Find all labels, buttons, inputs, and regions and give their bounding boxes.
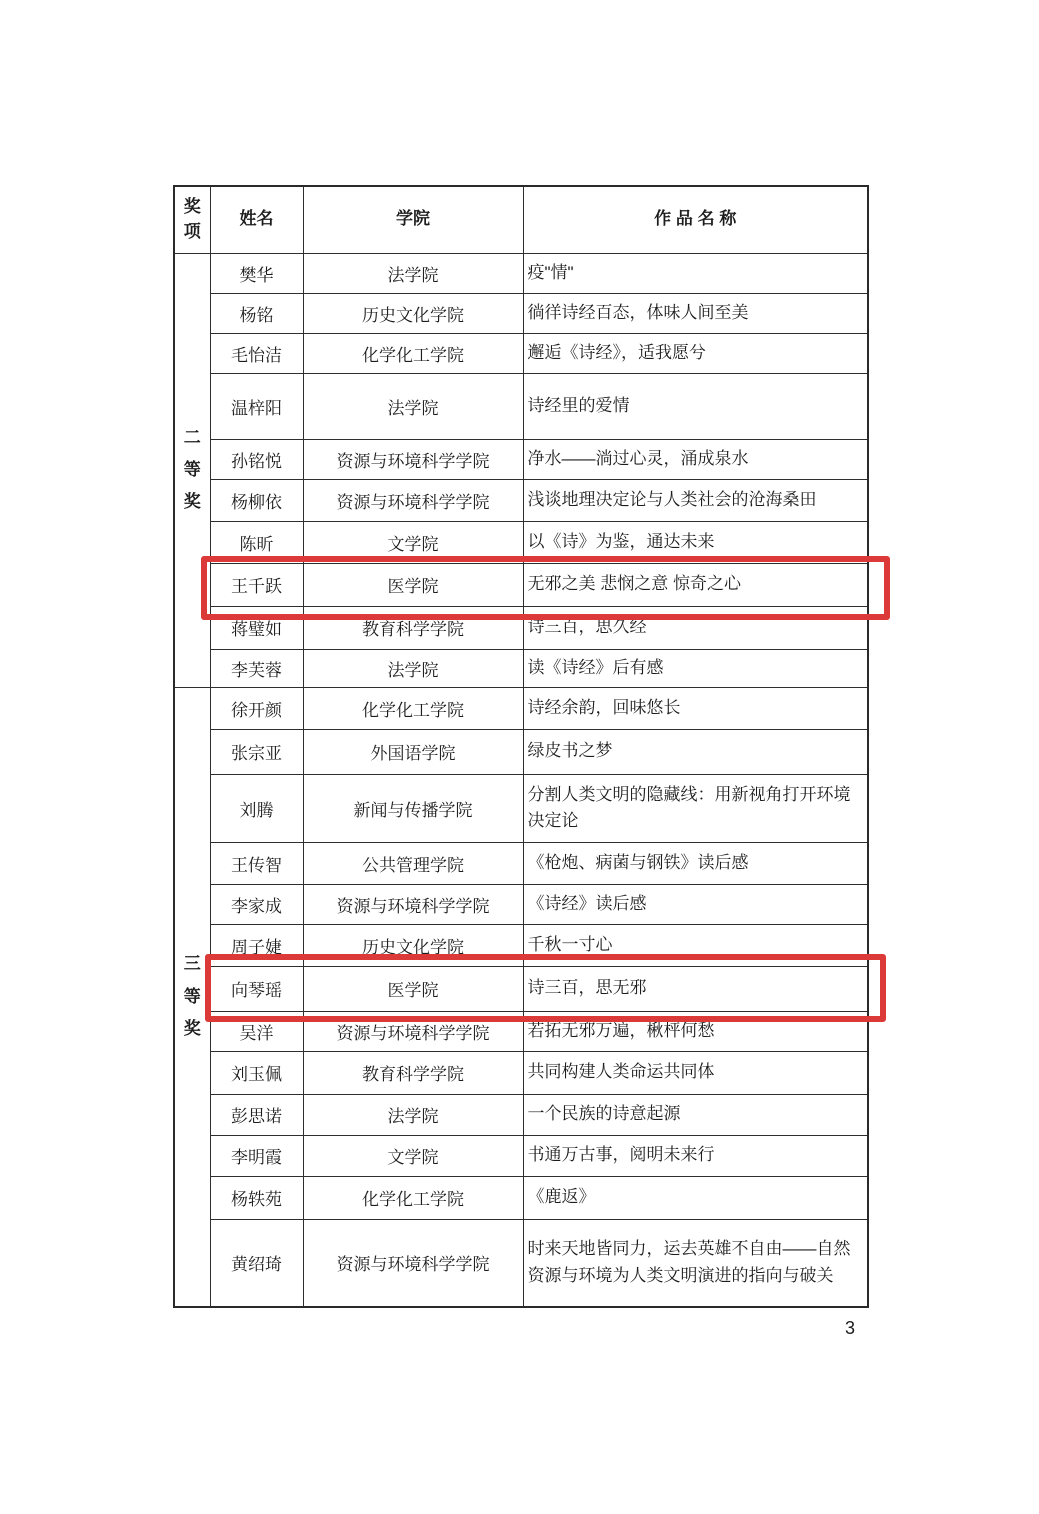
table-row: 李芙蓉 法学院 读《诗经》后有感 bbox=[174, 649, 868, 687]
award-section-label: 二等奖 bbox=[174, 253, 210, 687]
cell-college: 法学院 bbox=[303, 253, 523, 293]
cell-work: 共同构建人类命运共同体 bbox=[523, 1051, 868, 1094]
cell-name: 周子婕 bbox=[210, 924, 303, 966]
cell-work: 邂逅《诗经》，适我愿兮 bbox=[523, 333, 868, 373]
cell-work: 净水——淌过心灵，涌成泉水 bbox=[523, 439, 868, 479]
cell-work: 浅谈地理决定论与人类社会的沧海桑田 bbox=[523, 479, 868, 521]
table-row: 王传智 公共管理学院 《枪炮、病菌与钢铁》读后感 bbox=[174, 842, 868, 884]
cell-name: 彭思诺 bbox=[210, 1094, 303, 1135]
table-row: 陈昕 文学院 以《诗》为鉴，通达未来 bbox=[174, 521, 868, 563]
cell-college: 资源与环境科学学院 bbox=[303, 884, 523, 924]
cell-name: 李明霞 bbox=[210, 1135, 303, 1176]
table-row: 刘腾 新闻与传播学院 分割人类文明的隐藏线：用新视角打开环境决定论 bbox=[174, 774, 868, 842]
column-header-award: 奖项 bbox=[174, 186, 210, 253]
table-header-row: 奖项 姓名 学院 作 品 名 称 bbox=[174, 186, 868, 253]
cell-name: 杨柳依 bbox=[210, 479, 303, 521]
table-row-highlighted: 向琴瑶 医学院 诗三百，思无邪 bbox=[174, 966, 868, 1011]
cell-name: 蒋璧如 bbox=[210, 606, 303, 649]
cell-college: 外国语学院 bbox=[303, 729, 523, 774]
cell-work: 分割人类文明的隐藏线：用新视角打开环境决定论 bbox=[523, 774, 868, 842]
cell-college: 化学化工学院 bbox=[303, 333, 523, 373]
cell-name: 樊华 bbox=[210, 253, 303, 293]
cell-work: 一个民族的诗意起源 bbox=[523, 1094, 868, 1135]
cell-work: 《枪炮、病菌与钢铁》读后感 bbox=[523, 842, 868, 884]
cell-work: 诗三百，思久经 bbox=[523, 606, 868, 649]
cell-work: 无邪之美 悲悯之意 惊奇之心 bbox=[523, 563, 868, 606]
cell-name: 杨铭 bbox=[210, 293, 303, 333]
cell-work: 若拓无邪万遍，楸枰何愁 bbox=[523, 1011, 868, 1051]
cell-college: 化学化工学院 bbox=[303, 1176, 523, 1219]
cell-work: 徜徉诗经百态，体味人间至美 bbox=[523, 293, 868, 333]
table-row: 彭思诺 法学院 一个民族的诗意起源 bbox=[174, 1094, 868, 1135]
cell-work: 以《诗》为鉴，通达未来 bbox=[523, 521, 868, 563]
cell-name: 毛怡洁 bbox=[210, 333, 303, 373]
cell-name: 刘玉佩 bbox=[210, 1051, 303, 1094]
award-section-label: 三等奖 bbox=[174, 687, 210, 1307]
cell-college: 新闻与传播学院 bbox=[303, 774, 523, 842]
table-row: 温梓阳 法学院 诗经里的爱情 bbox=[174, 373, 868, 439]
table-row: 李家成 资源与环境科学学院 《诗经》读后感 bbox=[174, 884, 868, 924]
cell-work: 千秋一寸心 bbox=[523, 924, 868, 966]
cell-work: 诗经余韵，回味悠长 bbox=[523, 687, 868, 729]
table-row: 杨轶苑 化学化工学院 《鹿返》 bbox=[174, 1176, 868, 1219]
cell-name: 吴洋 bbox=[210, 1011, 303, 1051]
awards-table: 奖项 姓名 学院 作 品 名 称 二等奖 樊华 法学院 疫"情" 杨铭 历史文化… bbox=[173, 185, 869, 1308]
cell-work: 疫"情" bbox=[523, 253, 868, 293]
table-row: 黄绍琦 资源与环境科学学院 时来天地皆同力，运去英雄不自由——自然资源与环境为人… bbox=[174, 1219, 868, 1307]
cell-work: 读《诗经》后有感 bbox=[523, 649, 868, 687]
page-number: 3 bbox=[845, 1318, 855, 1339]
cell-college: 医学院 bbox=[303, 563, 523, 606]
cell-name: 杨轶苑 bbox=[210, 1176, 303, 1219]
cell-name: 李家成 bbox=[210, 884, 303, 924]
cell-name: 王千跃 bbox=[210, 563, 303, 606]
cell-name: 向琴瑶 bbox=[210, 966, 303, 1011]
table-row: 孙铭悦 资源与环境科学学院 净水——淌过心灵，涌成泉水 bbox=[174, 439, 868, 479]
table-row-highlighted: 王千跃 医学院 无邪之美 悲悯之意 惊奇之心 bbox=[174, 563, 868, 606]
cell-work: 时来天地皆同力，运去英雄不自由——自然资源与环境为人类文明演进的指向与破关 bbox=[523, 1219, 868, 1307]
table-row: 周子婕 历史文化学院 千秋一寸心 bbox=[174, 924, 868, 966]
cell-college: 公共管理学院 bbox=[303, 842, 523, 884]
cell-name: 张宗亚 bbox=[210, 729, 303, 774]
table-row: 毛怡洁 化学化工学院 邂逅《诗经》，适我愿兮 bbox=[174, 333, 868, 373]
cell-name: 李芙蓉 bbox=[210, 649, 303, 687]
column-header-name: 姓名 bbox=[210, 186, 303, 253]
cell-college: 资源与环境科学学院 bbox=[303, 1011, 523, 1051]
cell-work: 诗三百，思无邪 bbox=[523, 966, 868, 1011]
cell-college: 教育科学学院 bbox=[303, 606, 523, 649]
cell-work: 绿皮书之梦 bbox=[523, 729, 868, 774]
table-row: 二等奖 樊华 法学院 疫"情" bbox=[174, 253, 868, 293]
cell-college: 法学院 bbox=[303, 1094, 523, 1135]
cell-college: 资源与环境科学学院 bbox=[303, 439, 523, 479]
cell-college: 法学院 bbox=[303, 373, 523, 439]
cell-work: 《诗经》读后感 bbox=[523, 884, 868, 924]
cell-college: 资源与环境科学学院 bbox=[303, 479, 523, 521]
cell-name: 刘腾 bbox=[210, 774, 303, 842]
table-row: 张宗亚 外国语学院 绿皮书之梦 bbox=[174, 729, 868, 774]
cell-college: 化学化工学院 bbox=[303, 687, 523, 729]
cell-name: 温梓阳 bbox=[210, 373, 303, 439]
cell-name: 孙铭悦 bbox=[210, 439, 303, 479]
table-row: 刘玉佩 教育科学学院 共同构建人类命运共同体 bbox=[174, 1051, 868, 1094]
cell-name: 陈昕 bbox=[210, 521, 303, 563]
column-header-work: 作 品 名 称 bbox=[523, 186, 868, 253]
cell-college: 法学院 bbox=[303, 649, 523, 687]
cell-work: 诗经里的爱情 bbox=[523, 373, 868, 439]
cell-name: 黄绍琦 bbox=[210, 1219, 303, 1307]
column-header-college: 学院 bbox=[303, 186, 523, 253]
table-row: 三等奖 徐开颜 化学化工学院 诗经余韵，回味悠长 bbox=[174, 687, 868, 729]
cell-college: 文学院 bbox=[303, 1135, 523, 1176]
cell-college: 医学院 bbox=[303, 966, 523, 1011]
table-row: 吴洋 资源与环境科学学院 若拓无邪万遍，楸枰何愁 bbox=[174, 1011, 868, 1051]
cell-work: 《鹿返》 bbox=[523, 1176, 868, 1219]
cell-name: 徐开颜 bbox=[210, 687, 303, 729]
table-row: 杨柳依 资源与环境科学学院 浅谈地理决定论与人类社会的沧海桑田 bbox=[174, 479, 868, 521]
cell-name: 王传智 bbox=[210, 842, 303, 884]
table-row: 蒋璧如 教育科学学院 诗三百，思久经 bbox=[174, 606, 868, 649]
cell-college: 历史文化学院 bbox=[303, 293, 523, 333]
cell-college: 文学院 bbox=[303, 521, 523, 563]
document-page: 奖项 姓名 学院 作 品 名 称 二等奖 樊华 法学院 疫"情" 杨铭 历史文化… bbox=[0, 0, 1039, 1514]
cell-college: 教育科学学院 bbox=[303, 1051, 523, 1094]
table-row: 李明霞 文学院 书通万古事，阅明未来行 bbox=[174, 1135, 868, 1176]
cell-college: 历史文化学院 bbox=[303, 924, 523, 966]
cell-work: 书通万古事，阅明未来行 bbox=[523, 1135, 868, 1176]
cell-college: 资源与环境科学学院 bbox=[303, 1219, 523, 1307]
table-row: 杨铭 历史文化学院 徜徉诗经百态，体味人间至美 bbox=[174, 293, 868, 333]
